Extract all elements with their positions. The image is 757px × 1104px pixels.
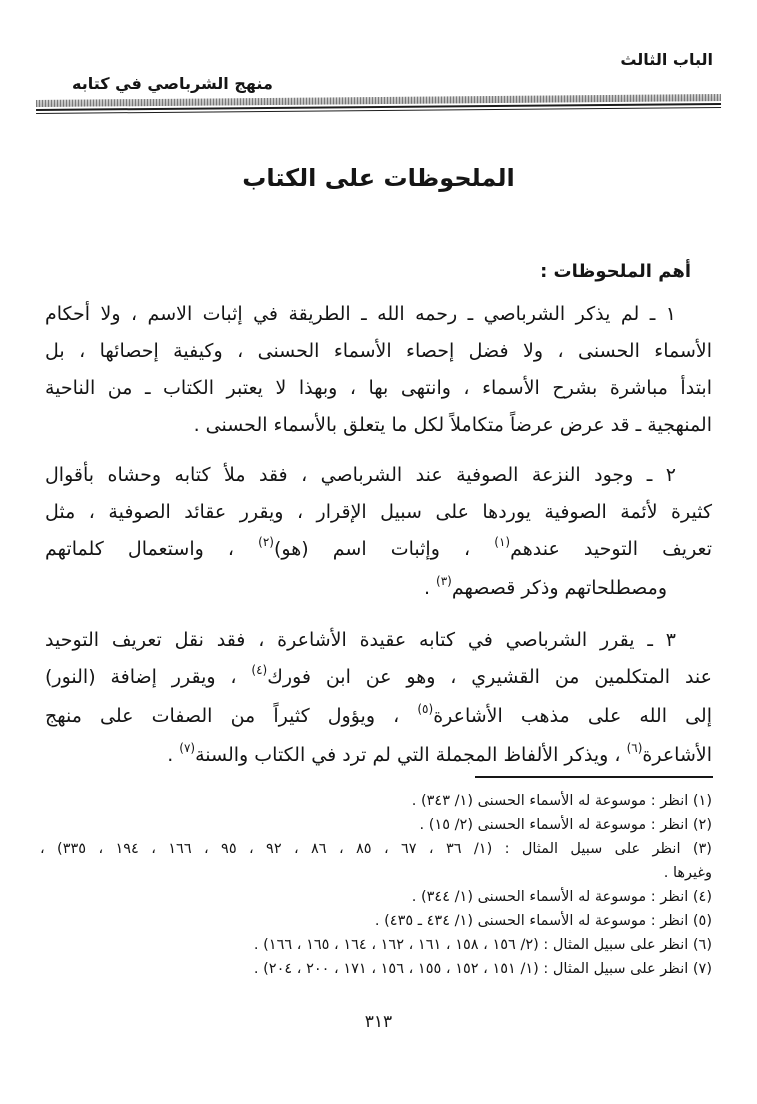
- section-subtitle: أهم الملحوظات :: [540, 261, 691, 282]
- text-segment: عند المتكلمين من القشيري ، وهو عن ابن فو…: [267, 666, 712, 688]
- text-segment: ، ويذكر الألفاظ المجملة التي لم ترد في ا…: [195, 744, 626, 766]
- text-segment: ابتدأ مباشرة بشرح الأسماء ، وانتهى بها ،…: [45, 377, 712, 399]
- text-segment: كثيرة لأئمة الصوفية يوردها على سبيل الإق…: [45, 501, 712, 523]
- text-segment: (٢) انظر : موسوعة له الأسماء الحسنى (٢/ …: [420, 817, 712, 833]
- text-segment: ، وإثبات اسم (هو): [274, 538, 494, 560]
- text-line: تعريف التوحيد عندهم(١) ، وإثبات اسم (هو)…: [45, 531, 712, 570]
- footnotes-block: (١) انظر : موسوعة له الأسماء الحسنى (١/ …: [40, 789, 712, 981]
- text-line: (٥) انظر : موسوعة له الأسماء الحسنى (١/ …: [40, 909, 712, 933]
- text-segment: تعريف التوحيد عندهم: [510, 538, 712, 560]
- footnote-item: (٤) انظر : موسوعة له الأسماء الحسنى (١/ …: [40, 885, 712, 909]
- footnote-item: (٦) انظر على سبيل المثال : (٢/ ١٥٦ ، ١٥٨…: [40, 933, 712, 957]
- body-paragraph: ١ ـ لم يذكر الشرباصي ـ رحمه الله ـ الطري…: [45, 296, 712, 444]
- footnote-separator: [475, 776, 713, 778]
- text-line: المنهجية ـ قد عرض عرضاً متكاملاً لكل ما …: [45, 407, 712, 444]
- text-segment: (٧) انظر على سبيل المثال : (١/ ١٥١ ، ١٥٢…: [254, 961, 712, 977]
- text-segment: المنهجية ـ قد عرض عرضاً متكاملاً لكل ما …: [194, 414, 712, 436]
- text-line: ٣ ـ يقرر الشرباصي في كتابه عقيدة الأشاعر…: [45, 622, 712, 659]
- footnote-marker: (٣): [436, 574, 452, 588]
- text-segment: ٢ ـ وجود النزعة الصوفية عند الشرباصي ، ف…: [45, 464, 676, 486]
- text-line: (٢) انظر : موسوعة له الأسماء الحسنى (٢/ …: [40, 813, 712, 837]
- footnote-item: (٧) انظر على سبيل المثال : (١/ ١٥١ ، ١٥٢…: [40, 957, 712, 981]
- text-line: (٣) انظر على سبيل المثال : (١/ ٣٦ ، ٦٧ ،…: [40, 837, 712, 861]
- body-paragraph: ٣ ـ يقرر الشرباصي في كتابه عقيدة الأشاعر…: [45, 622, 712, 776]
- text-segment: ١ ـ لم يذكر الشرباصي ـ رحمه الله ـ الطري…: [45, 303, 676, 325]
- text-segment: ومصطلحاتهم وذكر قصصهم: [452, 577, 667, 599]
- text-line: ابتدأ مباشرة بشرح الأسماء ، وانتهى بها ،…: [45, 370, 712, 407]
- footnote-item: (٣) انظر على سبيل المثال : (١/ ٣٦ ، ٦٧ ،…: [40, 837, 712, 885]
- text-line: ومصطلحاتهم وذكر قصصهم(٣) .: [45, 570, 712, 609]
- text-line: (٤) انظر : موسوعة له الأسماء الحسنى (١/ …: [40, 885, 712, 909]
- text-segment: ، واستعمال كلماتهم: [45, 538, 258, 560]
- text-segment: وغيرها .: [664, 865, 712, 881]
- text-line: ٢ ـ وجود النزعة الصوفية عند الشرباصي ، ف…: [45, 457, 712, 494]
- text-segment: الأشاعرة: [642, 744, 712, 766]
- text-line: (٦) انظر على سبيل المثال : (٢/ ١٥٦ ، ١٥٨…: [40, 933, 712, 957]
- text-segment: ، ويؤول كثيراً من الصفات على منهج: [45, 705, 417, 727]
- footnote-marker: (٦): [627, 741, 643, 755]
- text-segment: (٥) انظر : موسوعة له الأسماء الحسنى (١/ …: [375, 913, 712, 929]
- text-line: إلى الله على مذهب الأشاعرة(٥) ، ويؤول كث…: [45, 698, 712, 737]
- footnote-item: (٥) انظر : موسوعة له الأسماء الحسنى (١/ …: [40, 909, 712, 933]
- text-line: عند المتكلمين من القشيري ، وهو عن ابن فو…: [45, 659, 712, 698]
- book-page: الباب الثالث منهج الشرباصي في كتابه المل…: [0, 0, 757, 1104]
- text-segment: إلى الله على مذهب الأشاعرة: [433, 705, 712, 727]
- page-title: الملحوظات على الكتاب: [0, 164, 757, 192]
- header-rule: [36, 94, 721, 114]
- text-line: الأسماء الحسنى ، ولا فضل إحصاء الأسماء ا…: [45, 333, 712, 370]
- text-line: وغيرها .: [40, 861, 712, 885]
- page-number: ٣١٣: [0, 1012, 757, 1032]
- footnote-item: (١) انظر : موسوعة له الأسماء الحسنى (١/ …: [40, 789, 712, 813]
- text-line: (٧) انظر على سبيل المثال : (١/ ١٥١ ، ١٥٢…: [40, 957, 712, 981]
- text-line: (١) انظر : موسوعة له الأسماء الحسنى (١/ …: [40, 789, 712, 813]
- text-segment: الأسماء الحسنى ، ولا فضل إحصاء الأسماء ا…: [45, 340, 712, 362]
- text-segment: (٣) انظر على سبيل المثال : (١/ ٣٦ ، ٦٧ ،…: [40, 841, 712, 857]
- text-segment: (٤) انظر : موسوعة له الأسماء الحسنى (١/ …: [412, 889, 712, 905]
- footnote-marker: (٢): [258, 535, 274, 549]
- header-chapter-label: الباب الثالث: [620, 50, 713, 69]
- body-paragraph: ٢ ـ وجود النزعة الصوفية عند الشرباصي ، ف…: [45, 457, 712, 609]
- text-segment: (٦) انظر على سبيل المثال : (٢/ ١٥٦ ، ١٥٨…: [254, 937, 712, 953]
- footnote-marker: (٧): [179, 741, 195, 755]
- text-line: الأشاعرة(٦) ، ويذكر الألفاظ المجملة التي…: [45, 737, 712, 776]
- footnote-item: (٢) انظر : موسوعة له الأسماء الحسنى (٢/ …: [40, 813, 712, 837]
- text-line: ١ ـ لم يذكر الشرباصي ـ رحمه الله ـ الطري…: [45, 296, 712, 333]
- header-book-title-label: منهج الشرباصي في كتابه: [72, 74, 273, 93]
- footnote-marker: (١): [494, 535, 510, 549]
- text-segment: (١) انظر : موسوعة له الأسماء الحسنى (١/ …: [412, 793, 712, 809]
- body-text: ١ ـ لم يذكر الشرباصي ـ رحمه الله ـ الطري…: [45, 296, 712, 789]
- footnote-marker: (٥): [417, 702, 433, 716]
- footnote-marker: (٤): [251, 663, 267, 677]
- text-line: كثيرة لأئمة الصوفية يوردها على سبيل الإق…: [45, 494, 712, 531]
- text-segment: ٣ ـ يقرر الشرباصي في كتابه عقيدة الأشاعر…: [45, 629, 676, 651]
- text-segment: .: [167, 744, 179, 766]
- text-segment: ، ويقرر إضافة (النور): [45, 666, 251, 688]
- text-segment: .: [424, 577, 436, 599]
